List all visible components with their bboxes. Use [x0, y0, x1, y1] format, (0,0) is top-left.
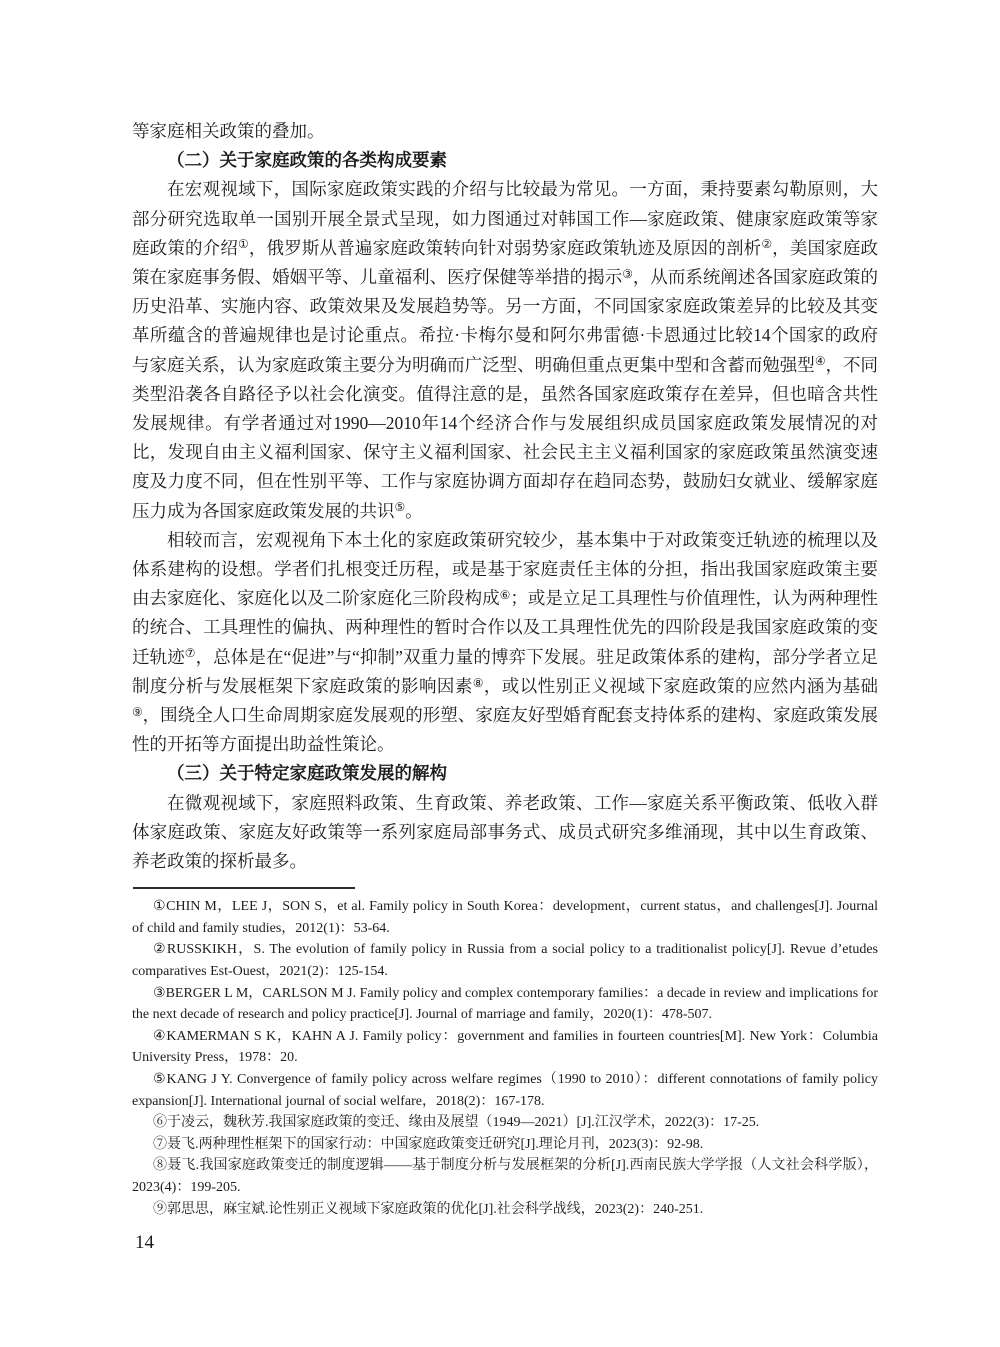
page-number: 14 [135, 1232, 154, 1254]
paragraph-micro-intro: 在微观视域下，家庭照料政策、生育政策、养老政策、工作—家庭关系平衡政策、低收入群… [132, 789, 878, 877]
footnote-8: ⑧聂飞.我国家庭政策变迁的制度逻辑——基于制度分析与发展框架的分析[J].西南民… [132, 1155, 878, 1198]
footnote-9: ⑨郭思思，麻宝斌.论性别正义视域下家庭政策的优化[J].社会科学战线，2023(… [132, 1199, 878, 1221]
footnote-4: ④KAMERMAN S K，KAHN A J. Family policy：go… [132, 1026, 878, 1069]
footnote-separator [133, 887, 355, 889]
paragraph-domestic-research: 相较而言，宏观视角下本土化的家庭政策研究较少，基本集中于对政策变迁轨迹的梳理以及… [132, 526, 878, 760]
footnote-3: ③BERGER L M，CARLSON M J. Family policy a… [132, 983, 878, 1026]
document-page: 等家庭相关政策的叠加。 （二）关于家庭政策的各类构成要素 在宏观视域下，国际家庭… [0, 0, 1000, 1347]
article-body: 等家庭相关政策的叠加。 （二）关于家庭政策的各类构成要素 在宏观视域下，国际家庭… [132, 117, 878, 1220]
paragraph-continuation: 等家庭相关政策的叠加。 [132, 117, 878, 146]
footnote-5: ⑤KANG J Y. Convergence of family policy … [132, 1069, 878, 1112]
footnote-1: ①CHIN M，LEE J，SON S，et al. Family policy… [132, 896, 878, 939]
section-heading-2: （二）关于家庭政策的各类构成要素 [132, 146, 878, 175]
section-heading-3: （三）关于特定家庭政策发展的解构 [132, 759, 878, 788]
footnote-7: ⑦聂飞.两种理性框架下的国家行动：中国家庭政策变迁研究[J].理论月刊，2023… [132, 1134, 878, 1156]
footnote-6: ⑥于凌云，魏秋芳.我国家庭政策的变迁、缘由及展望（1949—2021）[J].江… [132, 1112, 878, 1134]
footnotes-section: ①CHIN M，LEE J，SON S，et al. Family policy… [132, 896, 878, 1220]
paragraph-macro-intro: 在宏观视域下，国际家庭政策实践的介绍与比较最为常见。一方面，秉持要素勾勒原则，大… [132, 175, 878, 525]
footnote-2: ②RUSSKIKH，S. The evolution of family pol… [132, 939, 878, 982]
